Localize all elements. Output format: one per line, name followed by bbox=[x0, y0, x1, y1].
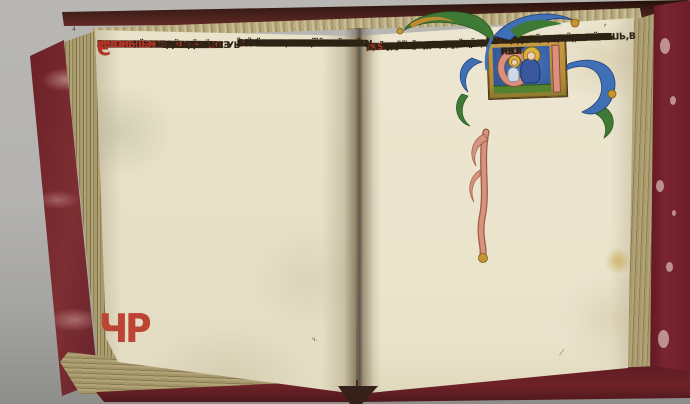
catchword-mark: ч. bbox=[312, 336, 317, 343]
madonna-figure bbox=[520, 58, 541, 84]
large-red-initial: ЧР bbox=[99, 310, 148, 350]
gutter-shadow bbox=[344, 28, 374, 398]
photo-scene: ЖПЬЅ·ЅРГЅ ПДЖЬЗРНЅГЗ ЅЄЄ ПНЖШЗВЅЄ·ПЬЖШНЇ… bbox=[0, 0, 690, 404]
illuminated-initial bbox=[486, 39, 568, 100]
child-figure bbox=[507, 67, 520, 82]
initial-letter-stem bbox=[551, 44, 561, 92]
manuscript-text-line: ЬЗЖ ШПЬЖЄ·УЬ· bbox=[97, 40, 155, 52]
parchment-stain bbox=[604, 248, 632, 274]
text-column-left-1: ЖПЬЅ·ЅРГЅ ПДЖЬЗРНЅГЗ ЅЄЄ ПНЖШЗВЅЄ·ПЬЖШНЇ… bbox=[97, 40, 233, 41]
folio-mark-left: 4 bbox=[72, 26, 76, 33]
